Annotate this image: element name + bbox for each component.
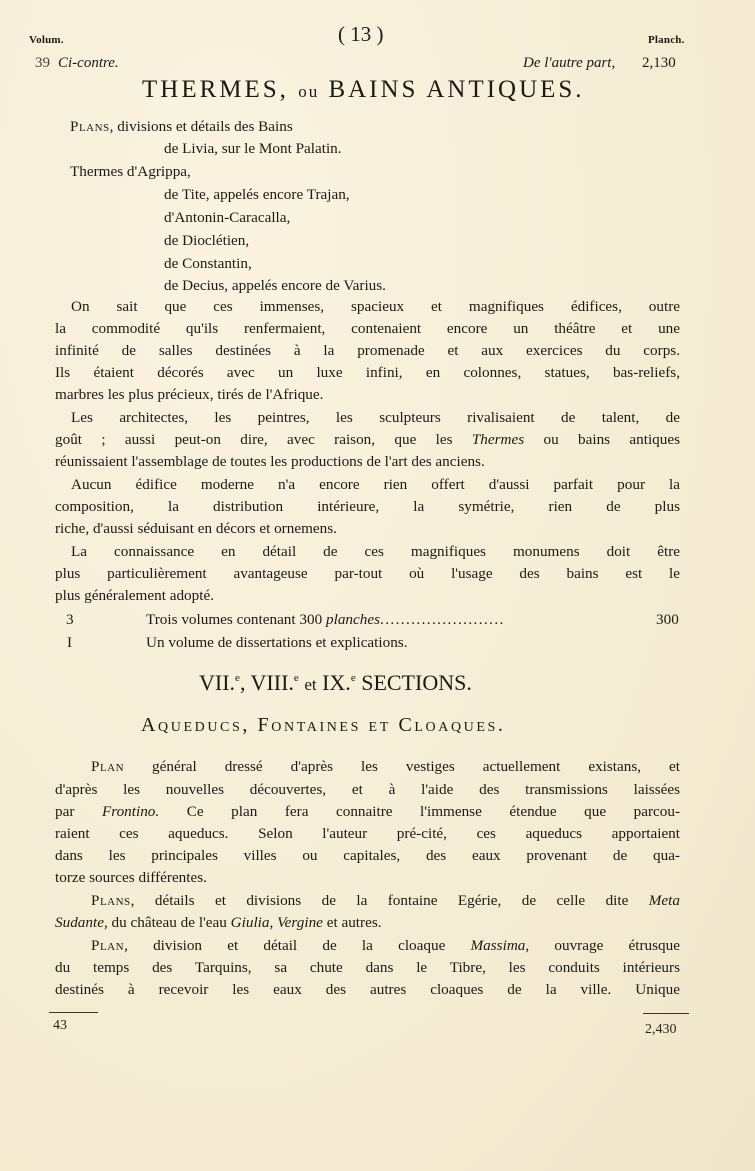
text-run: Trois volumes contenant 300 — [146, 611, 322, 628]
title-part: VIII. — [251, 670, 294, 695]
paragraph-line: composition, la distribution intérieure,… — [55, 498, 680, 520]
italic-term: planches — [326, 611, 380, 628]
paragraph-line: torze sources différentes. — [55, 869, 207, 887]
paragraph-line: par Frontino. Ce plan fera connaitre l'i… — [55, 803, 680, 825]
section-title-thermes: THERMES, ou BAINS ANTIQUES. — [142, 76, 585, 104]
list-item: de Constantin, — [164, 255, 252, 273]
text-run: Ce plan fera connaitre l'immense étendue… — [187, 803, 680, 820]
ordinal-superscript: e — [351, 672, 356, 684]
carried-right-label: De l'autre part, — [523, 55, 615, 72]
text-run: , détails et divisions de la fontaine Eg… — [131, 892, 629, 909]
small-caps-lead: Plans — [70, 118, 110, 135]
paragraph-line: dans les principales villes ou capitales… — [55, 847, 680, 869]
text-run: , division et détail de la cloaque — [124, 937, 445, 954]
italic-term: Frontino. — [102, 803, 159, 820]
paragraph-line: goût ; aussi peut-on dire, avec raison, … — [55, 431, 680, 453]
entry-description: Un volume de dissertations et explicatio… — [146, 634, 408, 652]
paragraph-line: destinés à recevoir les eaux des autres … — [55, 981, 680, 1003]
small-caps-lead: Plan — [91, 937, 124, 954]
carried-plates-number: 2,130 — [642, 55, 676, 72]
entry-volume-count: I — [67, 634, 72, 652]
paragraph-line: Plan général dressé d'après les vestiges… — [91, 758, 680, 780]
total-rule-right — [643, 1013, 689, 1014]
title-part-thermes: THERMES, — [142, 76, 289, 103]
paragraph-line: Sudante, du château de l'eau Giulia, Ver… — [55, 914, 382, 932]
title-part: SECTIONS. — [361, 670, 472, 695]
text-run: , du château de l'eau — [104, 914, 227, 931]
italic-term: Vergine — [277, 914, 323, 931]
list-item: de Dioclétien, — [164, 232, 249, 250]
paragraph-line: On sait que ces immenses, spacieux et ma… — [71, 298, 680, 320]
paragraph-line: du temps des Tarquins, sa chute dans le … — [55, 959, 680, 981]
italic-term: Massima — [471, 937, 526, 954]
title-part-bains: BAINS ANTIQUES. — [328, 76, 584, 103]
paragraph-line: infinité de salles destinées à la promen… — [55, 342, 680, 364]
text-run: par — [55, 803, 74, 820]
text-run: ou bains antiques — [544, 431, 681, 448]
text-run: et autres. — [327, 914, 382, 931]
leader-dots: ........................ — [380, 611, 505, 628]
carried-volumes-number: 39 — [35, 55, 50, 72]
text-run: général dressé d'après les vestiges actu… — [152, 758, 680, 775]
list-item-text: , divisions et détails des Bains — [110, 118, 293, 135]
title-part: IX. — [322, 670, 351, 695]
paragraph-line: d'après les nouvelles découvertes, et à … — [55, 781, 680, 803]
paragraph-line: plus particulièrement avantageuse par-to… — [55, 565, 680, 587]
list-item: Thermes d'Agrippa, — [70, 163, 191, 181]
total-rule-left — [49, 1012, 98, 1013]
title-part: , — [240, 670, 246, 695]
plates-column-label: Planch. — [648, 34, 685, 46]
text-run: , ouvrage étrusque — [525, 937, 680, 954]
paragraph-line: La connaissance en détail de ces magnifi… — [71, 543, 680, 565]
page-number: ( 13 ) — [338, 22, 384, 47]
paragraph-line: raient ces aqueducs. Selon l'auteur pré-… — [55, 825, 680, 847]
carried-left-label: Ci-contre. — [58, 55, 119, 72]
volumes-total: 43 — [53, 1018, 67, 1034]
entry-plate-count: 300 — [656, 611, 679, 629]
paragraph-line: marbres les plus précieux, tirés de l'Af… — [55, 386, 323, 404]
small-caps-lead: Plans — [91, 892, 131, 909]
list-item: d'Antonin-Caracalla, — [164, 209, 290, 227]
entry-description: Trois volumes contenant 300 planches....… — [146, 611, 505, 629]
title-part: et — [304, 675, 316, 694]
paragraph-line: riche, d'aussi séduisant en décors et or… — [55, 520, 337, 538]
ordinal-superscript: e — [294, 672, 299, 684]
section-title-sections: VII.e, VIII.e et IX.e SECTIONS. — [199, 670, 472, 696]
title-part: VII. — [199, 670, 235, 695]
italic-term: Meta — [649, 892, 680, 909]
list-item: de Livia, sur le Mont Palatin. — [164, 140, 342, 158]
title-part-ou: ou — [298, 82, 319, 101]
book-page: Volum. ( 13 ) Planch. 39 Ci-contre. De l… — [0, 0, 755, 1171]
list-item: de Tite, appelés encore Trajan, — [164, 186, 350, 204]
paragraph-line: Les architectes, les peintres, les sculp… — [71, 409, 680, 431]
paragraph-line: plus généralement adopté. — [55, 587, 214, 605]
volumes-column-label: Volum. — [29, 34, 64, 46]
section-subtitle: Aqueducs, Fontaines et Cloaques. — [141, 714, 506, 737]
italic-term: Sudante — [55, 914, 104, 931]
paragraph-line: Aucun édifice moderne n'a encore rien of… — [71, 476, 680, 498]
entry-volume-count: 3 — [66, 611, 74, 629]
italic-term: Giulia, — [231, 914, 274, 931]
small-caps-lead: Plan — [91, 758, 124, 775]
list-item: de Decius, appelés encore de Varius. — [164, 277, 386, 295]
list-item: Plans, divisions et détails des Bains — [70, 118, 293, 136]
paragraph-line: Plans, détails et divisions de la fontai… — [91, 892, 680, 914]
text-run: goût ; aussi peut-on dire, avec raison, … — [55, 431, 453, 448]
paragraph-line: Ils étaient décorés avec un luxe infini,… — [55, 364, 680, 386]
paragraph-line: la commodité qu'ils renfermaient, conten… — [55, 320, 680, 342]
plates-total: 2,430 — [645, 1022, 677, 1038]
italic-term: Thermes — [472, 431, 524, 448]
paragraph-line: réunissaient l'assemblage de toutes les … — [55, 453, 485, 471]
paragraph-line: Plan, division et détail de la cloaque M… — [91, 937, 680, 959]
